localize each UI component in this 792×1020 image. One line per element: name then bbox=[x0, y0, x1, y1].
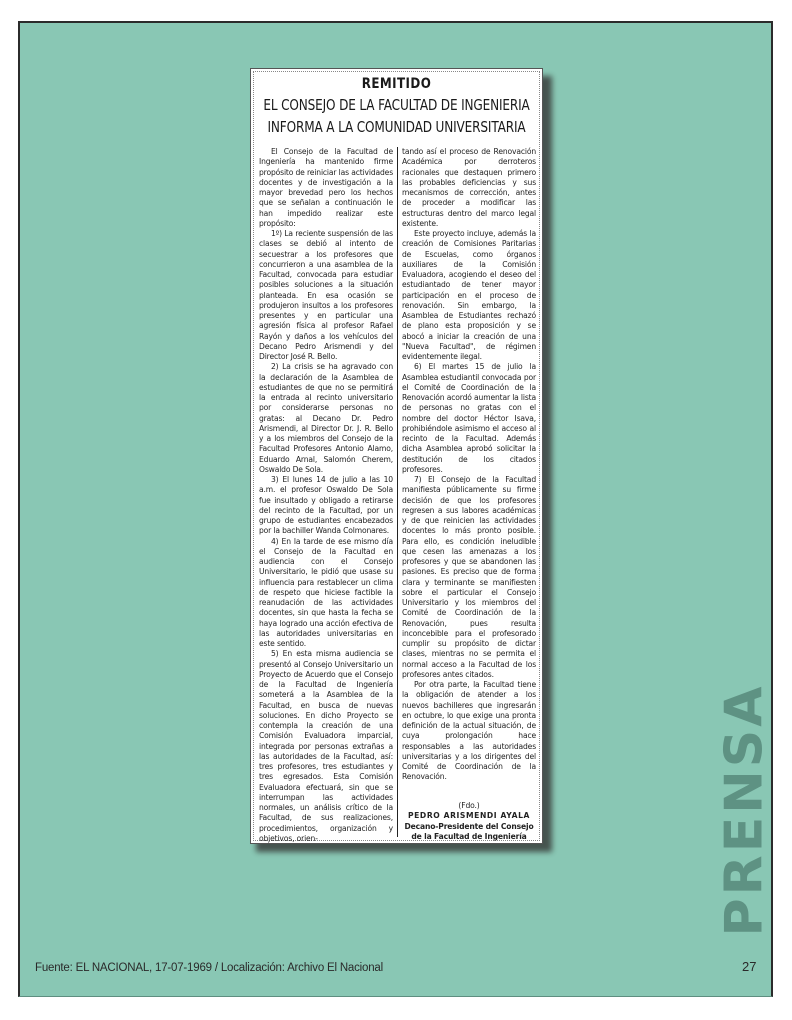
paragraph: 6) El martes 15 de julio la Asamblea est… bbox=[402, 362, 536, 475]
signature-block: (Fdo.) PEDRO ARISMENDI AYALA Decano-Pres… bbox=[402, 801, 536, 845]
signature-title-line1: Decano-Presidente del Consejo bbox=[402, 822, 536, 833]
paragraph: 1º) La reciente suspensión de las clases… bbox=[259, 229, 393, 362]
page-number: 27 bbox=[742, 959, 756, 974]
paragraph: El Consejo de la Facultad de Ingeniería … bbox=[259, 147, 393, 229]
paragraph: 4) En la tarde de ese mismo día el Conse… bbox=[259, 537, 393, 650]
signature-title-line2: de la Facultad de Ingeniería bbox=[402, 832, 536, 843]
left-column: El Consejo de la Facultad de Ingeniería … bbox=[259, 147, 398, 837]
right-column: tando así el proceso de Renovación Acadé… bbox=[398, 147, 536, 837]
paragraph: tando así el proceso de Renovación Acadé… bbox=[402, 147, 536, 229]
paragraph: 5) En esta misma audiencia se presentó a… bbox=[259, 649, 393, 844]
signature-name: PEDRO ARISMENDI AYALA bbox=[402, 811, 536, 822]
section-side-label: PRENSA bbox=[714, 700, 774, 920]
clipping-kicker: REMITIDO bbox=[273, 76, 520, 92]
paragraph: 7) El Consejo de la Facultad manifiesta … bbox=[402, 475, 536, 680]
section-label-text: PRENSA bbox=[714, 684, 774, 937]
clipping-headline-line1: EL CONSEJO DE LA FACULTAD DE INGENIERIA bbox=[252, 94, 541, 116]
paragraph: Este proyecto incluye, además la creació… bbox=[402, 229, 536, 362]
footer-source: Fuente: EL NACIONAL, 17-07-1969 / Locali… bbox=[35, 962, 383, 974]
clipping-headline-line2: INFORMA A LA COMUNIDAD UNIVERSITARIA bbox=[252, 116, 541, 138]
signature-fdo: (Fdo.) bbox=[402, 801, 536, 812]
newspaper-clipping: REMITIDO EL CONSEJO DE LA FACULTAD DE IN… bbox=[250, 68, 543, 844]
paragraph: Por otra parte, la Facultad tiene la obl… bbox=[402, 680, 536, 783]
paragraph: 3) El lunes 14 de julio a las 10 a.m. el… bbox=[259, 475, 393, 537]
paragraph: 2) La crisis se ha agravado con la decla… bbox=[259, 362, 393, 475]
clipping-columns: El Consejo de la Facultad de Ingeniería … bbox=[259, 147, 536, 837]
